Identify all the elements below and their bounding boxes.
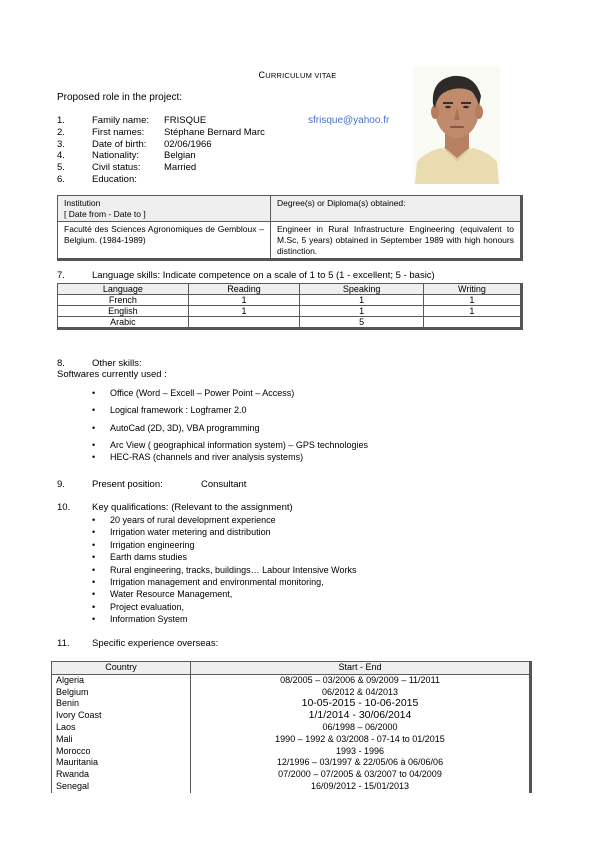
language-skills-heading: 7. Language skills: Indicate competence …: [57, 270, 65, 281]
country-cell: Mauritania: [52, 757, 191, 769]
overseas-row: Algeria08/2005 – 03/2006 & 09/2009 – 11/…: [52, 674, 531, 686]
overseas-row: Benin10-05-2015 - 10-06-2015: [52, 698, 531, 710]
field-value: Belgian: [164, 150, 196, 162]
period-cell: 1993 - 1996: [191, 746, 531, 758]
section-number: 10.: [57, 502, 70, 513]
bullet-item: Rural engineering, tracks, buildings… La…: [92, 564, 356, 576]
language-name-cell: Arabic: [58, 317, 189, 329]
country-cell: Benin: [52, 698, 191, 710]
language-score-cell: 1: [300, 306, 423, 317]
language-header-cell: Writing: [423, 284, 521, 295]
bullet-item: AutoCad (2D, 3D), VBA programming: [92, 422, 368, 439]
language-score-cell: 5: [300, 317, 423, 329]
overseas-experience-table: CountryStart - EndAlgeria08/2005 – 03/20…: [51, 661, 532, 793]
bullet-item: Irrigation management and environmental …: [92, 576, 356, 588]
field-value: FRISQUE: [164, 115, 206, 127]
section-number: 8.: [57, 358, 65, 369]
language-score-cell: 1: [188, 306, 300, 317]
institution-cell: Faculté des Sciences Agronomiques de Gem…: [58, 222, 271, 260]
language-score-cell: [188, 317, 300, 329]
language-score-cell: 1: [423, 295, 521, 306]
overseas-label: Specific experience overseas:: [92, 638, 218, 649]
other-skills-label: Other skills:: [92, 358, 142, 369]
language-skills-label: Language skills: Indicate competence on …: [92, 270, 435, 281]
country-cell: Senegal: [52, 781, 191, 793]
period-cell: 1/1/2014 - 30/06/2014: [191, 710, 531, 722]
language-row: French111: [58, 295, 522, 306]
present-position-heading: 9. Present position: Consultant: [57, 479, 65, 490]
bullet-item: Earth dams studies: [92, 551, 356, 563]
overseas-row: Morocco1993 - 1996: [52, 746, 531, 758]
country-cell: Rwanda: [52, 769, 191, 781]
language-header-cell: Speaking: [300, 284, 423, 295]
document-title: CURRICULUM VITAE: [0, 70, 595, 80]
period-cell: 08/2005 – 03/2006 & 09/2009 – 11/2011: [191, 674, 531, 686]
overseas-row: Mauritania12/1996 – 03/1997 & 22/05/06 à…: [52, 757, 531, 769]
overseas-row: Ivory Coast1/1/2014 - 30/06/2014: [52, 710, 531, 722]
softwares-label: Softwares currently used :: [57, 369, 167, 380]
language-row: English111: [58, 306, 522, 317]
overseas-heading: 11. Specific experience overseas:: [57, 638, 70, 649]
education-row: Faculté des Sciences Agronomiques de Gem…: [58, 222, 522, 260]
section-number: 11.: [57, 638, 70, 649]
overseas-row: Rwanda07/2000 – 07/2005 & 03/2007 to 04/…: [52, 769, 531, 781]
language-header-cell: Language: [58, 284, 189, 295]
key-qualifications-heading: 10. Key qualifications: (Relevant to the…: [57, 502, 70, 513]
bullet-item: Water Resource Management,: [92, 588, 356, 600]
language-header-cell: Reading: [188, 284, 300, 295]
period-cell: 12/1996 – 03/1997 & 22/05/06 à 06/06/06: [191, 757, 531, 769]
field-number: 3.: [57, 139, 65, 151]
portrait-photo: [413, 66, 500, 184]
section-number: 9.: [57, 479, 65, 490]
overseas-header-cell: Country: [52, 662, 191, 675]
language-skills-table: LanguageReadingSpeakingWritingFrench111E…: [57, 283, 523, 330]
field-number: 4.: [57, 150, 65, 162]
overseas-row: Laos06/1998 – 06/2000: [52, 722, 531, 734]
country-cell: Ivory Coast: [52, 710, 191, 722]
language-score-cell: [423, 317, 521, 329]
bullet-item: Irrigation engineering: [92, 539, 356, 551]
field-label: Date of birth:: [92, 139, 146, 151]
software-list: Office (Word – Excell – Power Point – Ac…: [92, 387, 368, 469]
language-header-row: LanguageReadingSpeakingWriting: [58, 284, 522, 295]
overseas-row: Senegal16/09/2012 - 15/01/2013: [52, 781, 531, 793]
language-score-cell: 1: [300, 295, 423, 306]
language-name-cell: English: [58, 306, 189, 317]
field-value: 02/06/1966: [164, 139, 212, 151]
field-number: 1.: [57, 115, 65, 127]
key-qualifications-list: 20 years of rural development experience…: [92, 514, 356, 626]
field-number: 6.: [57, 174, 65, 186]
bullet-item: Office (Word – Excell – Power Point – Ac…: [92, 387, 368, 404]
key-qualifications-label: Key qualifications: (Relevant to the ass…: [92, 502, 293, 513]
period-cell: 16/09/2012 - 15/01/2013: [191, 781, 531, 793]
bullet-item: Logical framework : Logframer 2.0: [92, 404, 368, 421]
country-cell: Belgium: [52, 687, 191, 699]
bullet-item: HEC-RAS (channels and river analysis sys…: [92, 451, 368, 468]
period-cell: 07/2000 – 07/2005 & 03/2007 to 04/2009: [191, 769, 531, 781]
present-position-label: Present position:: [92, 479, 163, 490]
other-skills-heading: 8. Other skills:: [57, 358, 65, 369]
language-row: Arabic5: [58, 317, 522, 329]
country-cell: Algeria: [52, 674, 191, 686]
present-position-value: Consultant: [201, 479, 246, 490]
bullet-item: Arc View ( geographical information syst…: [92, 439, 368, 452]
field-label: Family name:: [92, 115, 149, 127]
institution-header: Institution [ Date from - Date to ]: [58, 196, 271, 222]
language-score-cell: 1: [423, 306, 521, 317]
field-label: Civil status:: [92, 162, 141, 174]
field-number: 5.: [57, 162, 65, 174]
degree-cell: Engineer in Rural Infrastructure Enginee…: [271, 222, 522, 260]
field-label: Nationality:: [92, 150, 139, 162]
field-label: Education:: [92, 174, 137, 186]
bullet-item: Irrigation water metering and distributi…: [92, 526, 356, 538]
bullet-item: Project evaluation,: [92, 601, 356, 613]
period-cell: 06/1998 – 06/2000: [191, 722, 531, 734]
overseas-header-cell: Start - End: [191, 662, 531, 675]
institution-header-label: Institution: [64, 198, 264, 209]
field-number: 2.: [57, 127, 65, 139]
country-cell: Laos: [52, 722, 191, 734]
field-value: Married: [164, 162, 196, 174]
overseas-row: Belgium06/2012 & 04/2013: [52, 687, 531, 699]
country-cell: Mali: [52, 734, 191, 746]
email-link[interactable]: sfrisque@yahoo.fr: [308, 115, 389, 126]
overseas-header-row: CountryStart - End: [52, 662, 531, 675]
title-rest: URRICULUM VITAE: [265, 71, 336, 80]
bullet-item: Information System: [92, 613, 356, 625]
bullet-item: 20 years of rural development experience: [92, 514, 356, 526]
person-photo-icon: [413, 66, 500, 184]
field-value: Stéphane Bernard Marc: [164, 127, 265, 139]
education-header-row: Institution [ Date from - Date to ] Degr…: [58, 196, 522, 222]
country-cell: Morocco: [52, 746, 191, 758]
overseas-row: Mali1990 – 1992 & 03/2008 - 07-14 to 01/…: [52, 734, 531, 746]
education-table: Institution [ Date from - Date to ] Degr…: [57, 195, 523, 261]
language-score-cell: 1: [188, 295, 300, 306]
date-range-header-label: [ Date from - Date to ]: [64, 209, 264, 220]
proposed-role-label: Proposed role in the project:: [57, 92, 182, 103]
field-label: First names:: [92, 127, 144, 139]
period-cell: 1990 – 1992 & 03/2008 - 07-14 to 01/2015: [191, 734, 531, 746]
language-name-cell: French: [58, 295, 189, 306]
section-number: 7.: [57, 270, 65, 281]
degree-header: Degree(s) or Diploma(s) obtained:: [271, 196, 522, 222]
